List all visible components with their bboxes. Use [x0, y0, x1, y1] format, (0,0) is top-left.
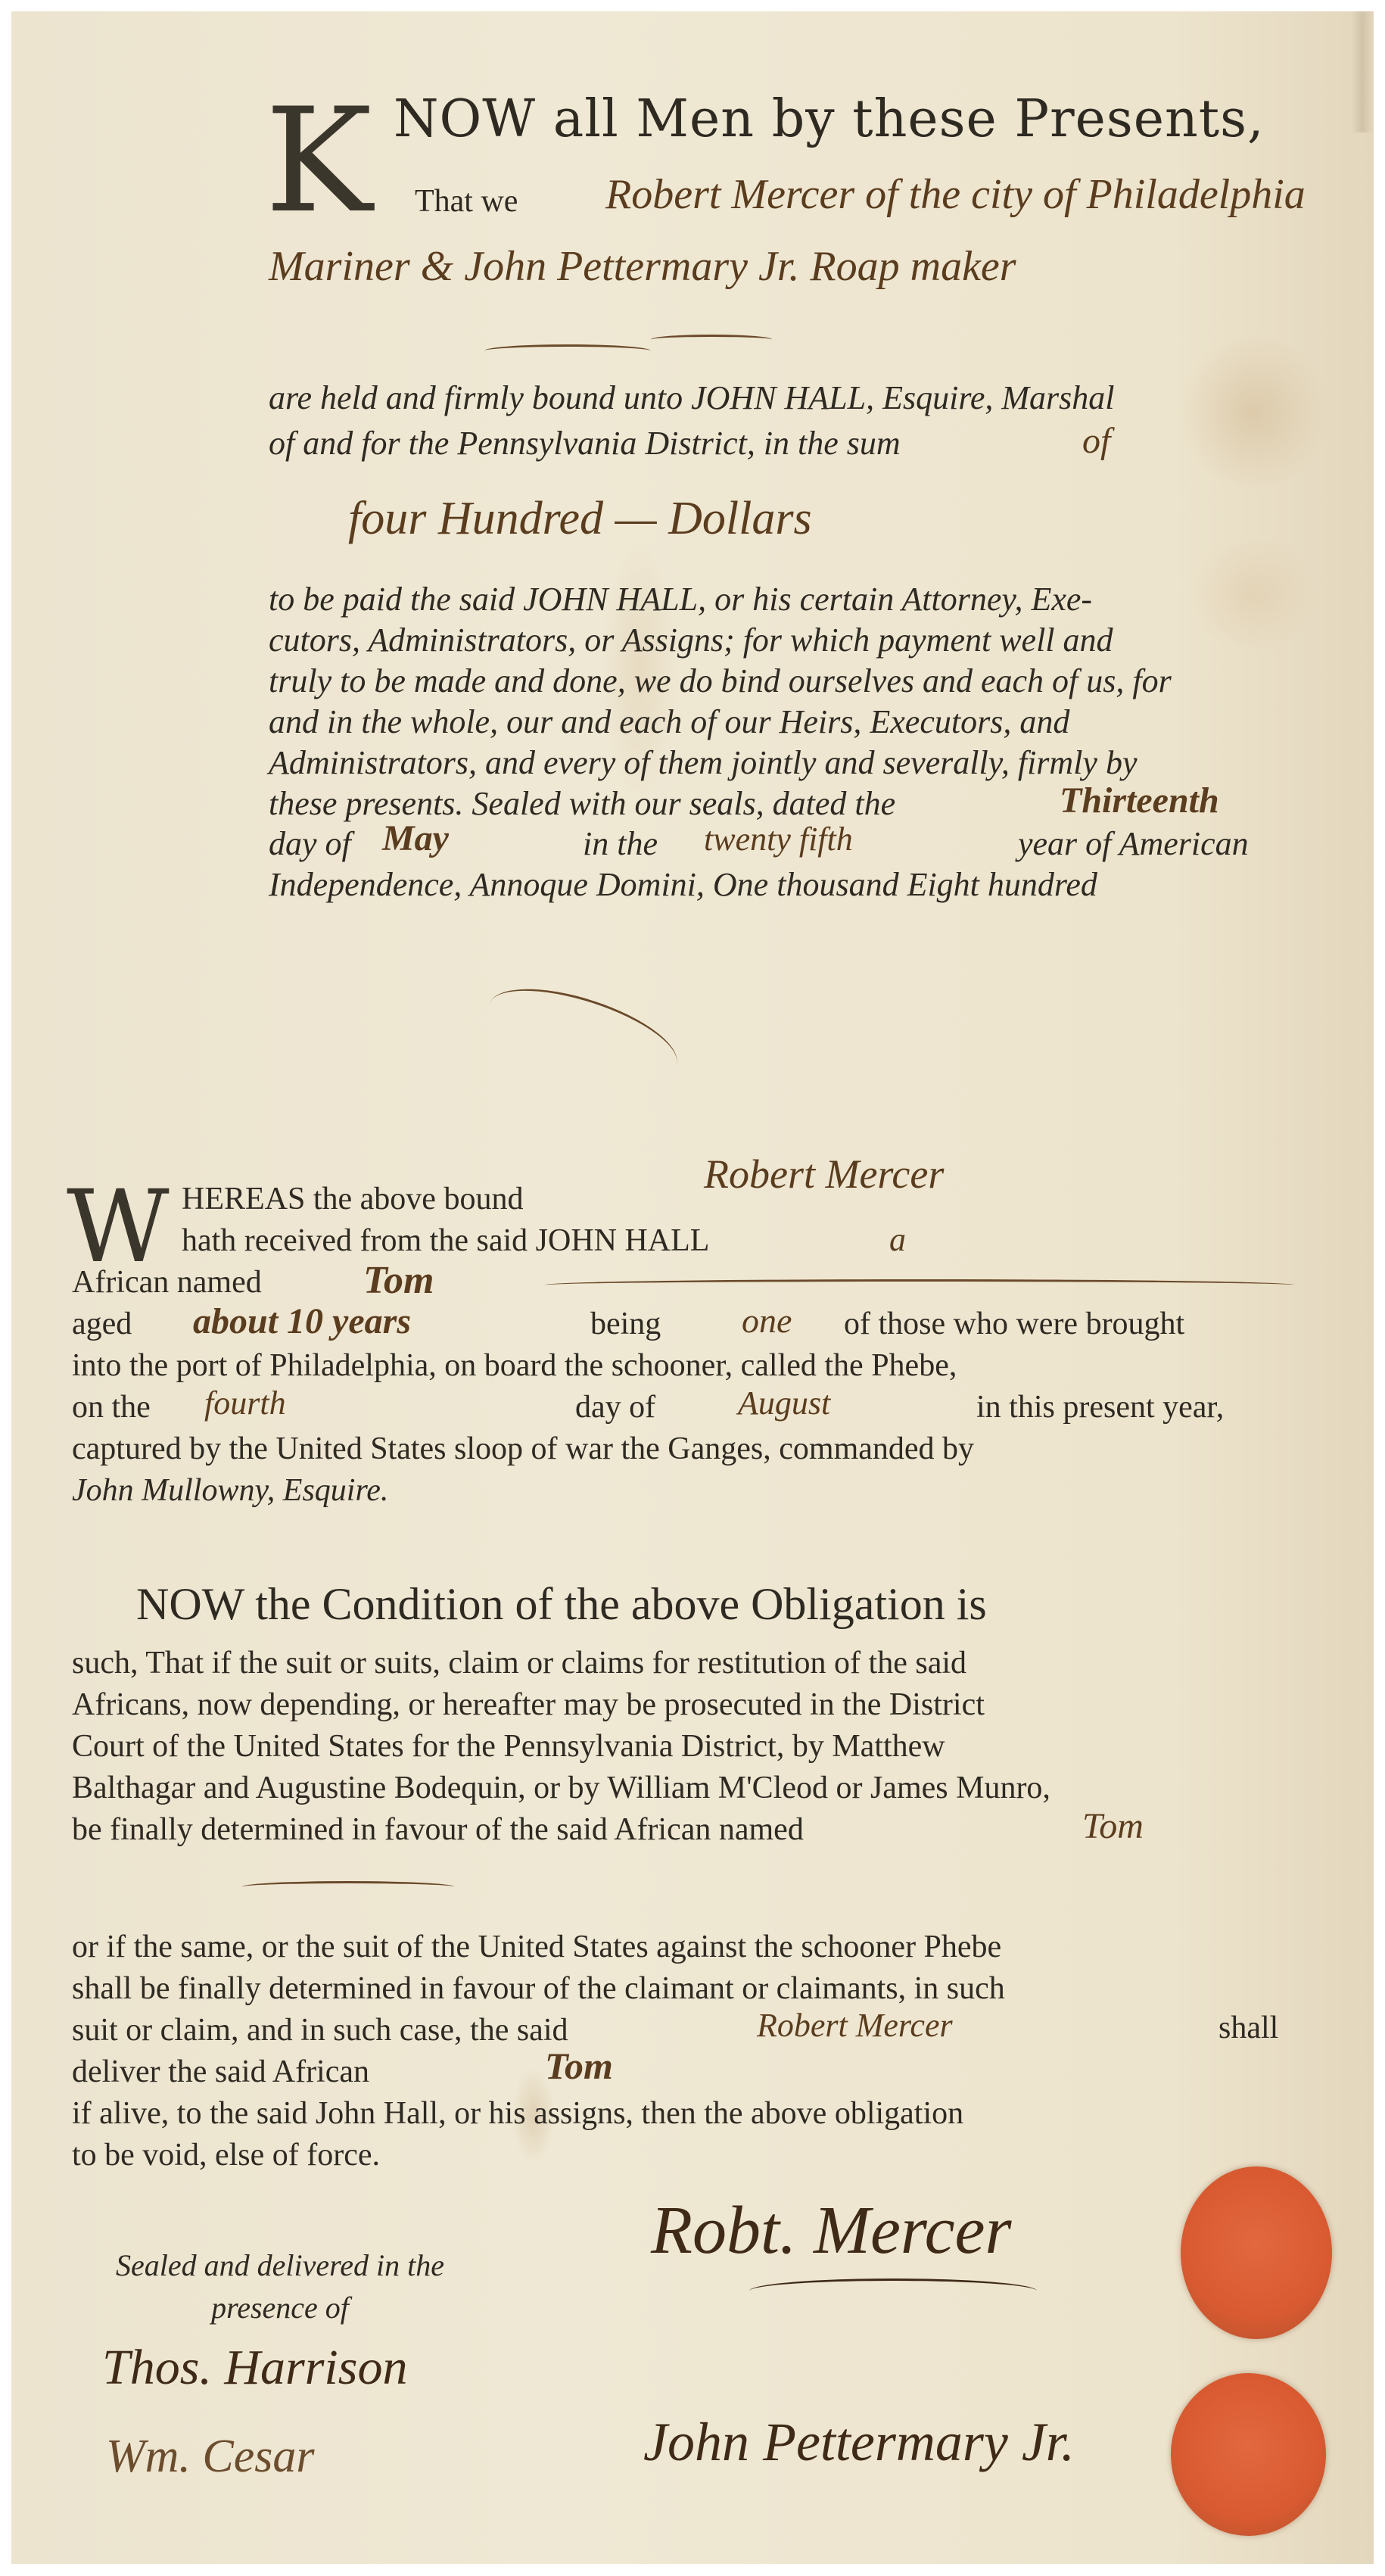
whereas-line-4b: being [590, 1306, 661, 1342]
hand-filler-stroke [242, 1881, 454, 1892]
hand-day: Thirteenth [1060, 780, 1219, 821]
condition-line: be finally determined in favour of the s… [72, 1809, 1050, 1851]
that-we-label: That we [415, 182, 518, 220]
whereas-line-6c: in this present year, [976, 1389, 1224, 1425]
whereas-line-6a: on the [72, 1389, 151, 1425]
wax-seal-1 [1181, 2166, 1332, 2339]
bond-in-the: in the [583, 824, 658, 863]
hand-one: one [742, 1300, 792, 1341]
witness-2-signature: Wm. Cesar [106, 2430, 315, 2484]
drop-cap-k: K [265, 89, 372, 233]
signature-flourish [749, 2279, 1037, 2303]
bond-heading: NOW all Men by these Presents, [394, 89, 1265, 149]
hand-condition-african-name: Tom [1082, 1805, 1144, 1847]
condition-line: or if the same, or the suit of the Unite… [72, 1927, 1005, 1968]
condition-line: Balthagar and Augustine Bodequin, or by … [72, 1768, 1050, 1809]
hand-delivered-name: Tom [545, 2044, 613, 2088]
hand-party-name: Robert Mercer [757, 2006, 953, 2045]
hand-bound-name: Robert Mercer [704, 1151, 944, 1198]
bond-held-line-2: of and for the Pennsylvania District, in… [269, 424, 901, 463]
wax-seal-2 [1171, 2373, 1326, 2536]
hand-principal-line-1: Robert Mercer of the city of Philadelphi… [605, 170, 1306, 219]
bond-independence-line: Independence, Annoque Domini, One thousa… [269, 865, 1097, 904]
hand-arrival-month: August [738, 1384, 830, 1422]
condition-shall: shall [1218, 2010, 1278, 2046]
whereas-line-3: African named [72, 1264, 262, 1300]
drop-cap-w: W [67, 1177, 170, 1277]
bond-body-line: truly to be made and done, we do bind ou… [269, 661, 1172, 702]
signer-2-signature: John Pettermary Jr. [643, 2411, 1075, 2474]
bond-held-line-1: are held and firmly bound unto JOHN HALL… [269, 378, 1115, 417]
condition-line: to be void, else of force. [72, 2135, 1005, 2176]
condition-body-2: or if the same, or the suit of the Unite… [72, 1927, 1005, 2176]
hand-a: a [889, 1220, 906, 1259]
bond-day-of: day of [269, 824, 351, 863]
condition-line: deliver the said African [72, 2051, 1005, 2093]
hand-filler-stroke [545, 1279, 1294, 1291]
whereas-line-6b: day of [575, 1389, 655, 1425]
whereas-line-1: HEREAS the above bound [182, 1181, 523, 1217]
bond-body-line: Administrators, and every of them jointl… [269, 743, 1172, 783]
that-we-text: That we [415, 184, 518, 219]
signer-1-signature: Robt. Mercer [651, 2191, 1012, 2269]
witness-label-line-2: presence of [76, 2287, 484, 2329]
whereas-line-4a: aged [72, 1306, 132, 1342]
condition-line: shall be finally determined in favour of… [72, 1968, 1005, 2010]
hand-arrival-day: fourth [204, 1384, 286, 1422]
hand-age: about 10 years [193, 1300, 411, 1342]
condition-line: such, That if the suit or suits, claim o… [72, 1643, 1050, 1684]
hand-sum-of: of [1082, 420, 1110, 462]
witness-label-line-1: Sealed and delivered in the [76, 2244, 484, 2287]
hand-filler-stroke [651, 335, 772, 344]
paper-fold-crease [1351, 11, 1374, 132]
bond-year-of-american: year of American [1018, 824, 1249, 863]
hand-filler-stroke [484, 344, 651, 357]
hand-amount: four Hundred — Dollars [348, 492, 812, 546]
whereas-line-4c: of those who were brought [844, 1306, 1184, 1342]
condition-line: if alive, to the said John Hall, or his … [72, 2093, 1005, 2135]
bond-body: to be paid the said JOHN HALL, or his ce… [269, 579, 1172, 824]
condition-line: Africans, now depending, or hereafter ma… [72, 1684, 1050, 1726]
hand-principal-line-2: Mariner & John Pettermary Jr. Roap maker [269, 242, 1016, 291]
whereas-line-5: into the port of Philadelphia, on board … [72, 1347, 957, 1384]
witness-1-signature: Thos. Harrison [102, 2339, 407, 2397]
whereas-line-7: captured by the United States sloop of w… [72, 1431, 974, 1467]
bond-body-line: cutors, Administrators, or Assigns; for … [269, 620, 1172, 661]
whereas-line-8: John Mullowny, Esquire. [72, 1472, 388, 1509]
condition-body: such, That if the suit or suits, claim o… [72, 1643, 1050, 1851]
bond-body-line: to be paid the said JOHN HALL, or his ce… [269, 579, 1172, 620]
whereas-line-2: hath received from the said JOHN HALL [182, 1223, 709, 1259]
bond-body-line: and in the whole, our and each of our He… [269, 702, 1172, 743]
witness-label: Sealed and delivered in the presence of [76, 2244, 484, 2329]
hand-african-name: Tom [363, 1258, 434, 1303]
condition-heading: NOW the Condition of the above Obligatio… [136, 1578, 987, 1631]
hand-year-ordinal: twenty fifth [704, 820, 853, 858]
condition-line: Court of the United States for the Penns… [72, 1726, 1050, 1768]
hand-month: May [382, 818, 449, 859]
